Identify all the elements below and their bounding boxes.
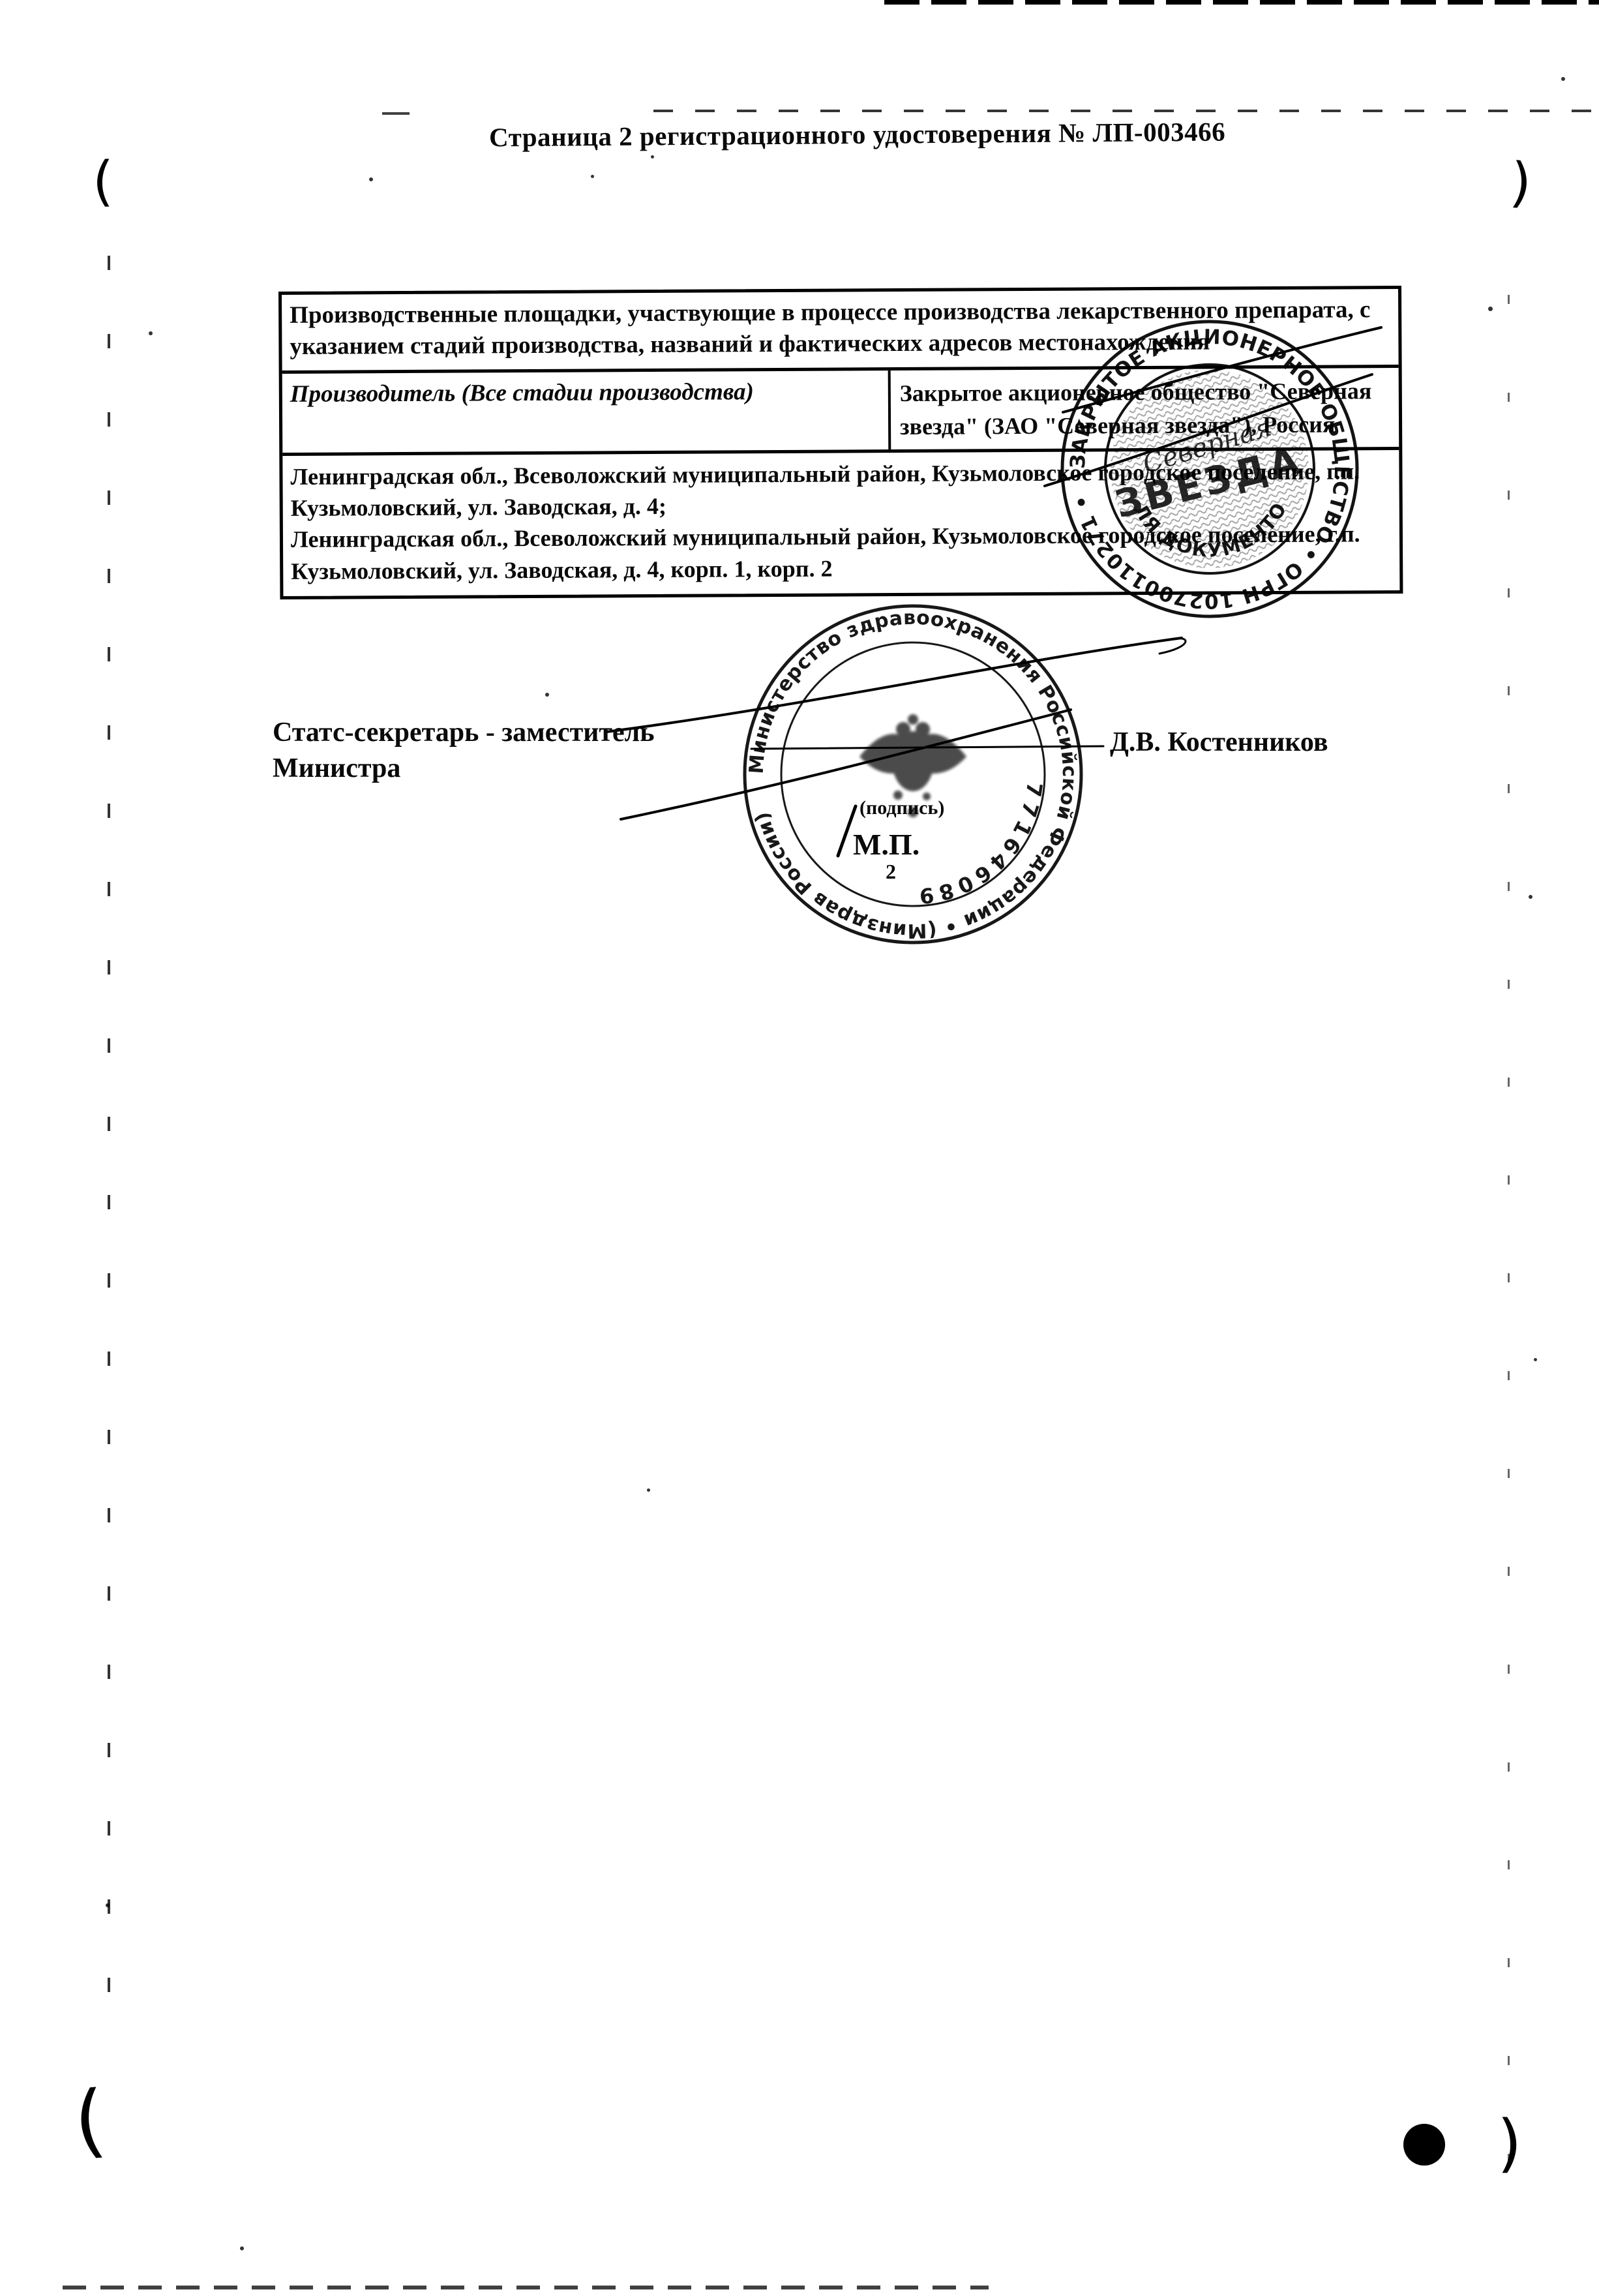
noise-speck [651,155,654,159]
signatory-position-line: Министра [273,751,654,787]
producer-value-cell: Закрытое акционерное общество "Северная … [891,368,1399,449]
scan-paren-artifact: ) [1508,156,1533,211]
noise-speck [369,177,373,181]
stamp-inner-ring [781,642,1045,906]
table-title-cell: Производственные площадки, участвующие в… [282,289,1399,370]
scan-dash-fragment [382,112,410,115]
addresses-cell: Ленинградская обл., Всеволожский муницип… [282,447,1399,596]
page-title: Страница 2 регистрационного удостоверени… [489,116,1225,153]
noise-speck [1561,77,1565,81]
noise-speck [240,2246,244,2250]
noise-speck [647,1488,650,1492]
signatory-position-line: Статс-секретарь - заместитель [273,715,654,751]
scan-paren-artifact: ( [71,2079,109,2162]
scanned-certificate-page: { "header": { "title": "Страница 2 регис… [0,0,1599,2296]
noise-speck [106,1903,110,1907]
address-line: Ленинградская обл., Всеволожский муницип… [290,455,1391,524]
production-sites-table: Производственные площадки, участвующие в… [278,286,1403,599]
scan-edge-dashes-top [884,0,1599,5]
scan-margin-dashes-left [108,256,110,2017]
ministry-round-stamp: Министерство здравоохранения Российской … [736,597,1091,952]
noise-speck [1529,895,1532,899]
punch-hole-dot [1403,2124,1445,2166]
noise-speck [545,693,549,697]
address-line: Ленинградская обл., Всеволожский муницип… [291,519,1392,587]
ministry-stamp-ring-text: Министерство здравоохранения Российской … [745,607,1081,943]
scan-paren-artifact: ( [93,155,113,209]
scan-margin-dashes-right [1508,295,1510,2160]
noise-speck [149,331,153,335]
scan-paren-artifact: ) [1497,2112,1521,2175]
svg-text:Министерство здравоохранения Р: Министерство здравоохранения Российской … [745,607,1081,943]
signature-caption: (подпись) [859,797,944,819]
signatory-position: Статс-секретарь - заместитель Министра [273,715,654,787]
producer-label-cell: Производитель (Все стадии производства) [282,370,891,453]
producer-row: Производитель (Все стадии производства) … [282,365,1399,453]
seal-note-fragment: 2 [886,860,896,884]
scan-noise-bottom-edge [63,2286,989,2289]
noise-speck [1488,307,1493,311]
signatory-name: Д.В. Костенников [1110,727,1328,758]
noise-speck [591,175,594,178]
noise-speck [1534,1358,1537,1361]
stamp-outer-ring [745,606,1081,943]
seal-place-caption: М.П. [853,827,919,862]
scan-dash-line-above-title [653,110,1591,112]
